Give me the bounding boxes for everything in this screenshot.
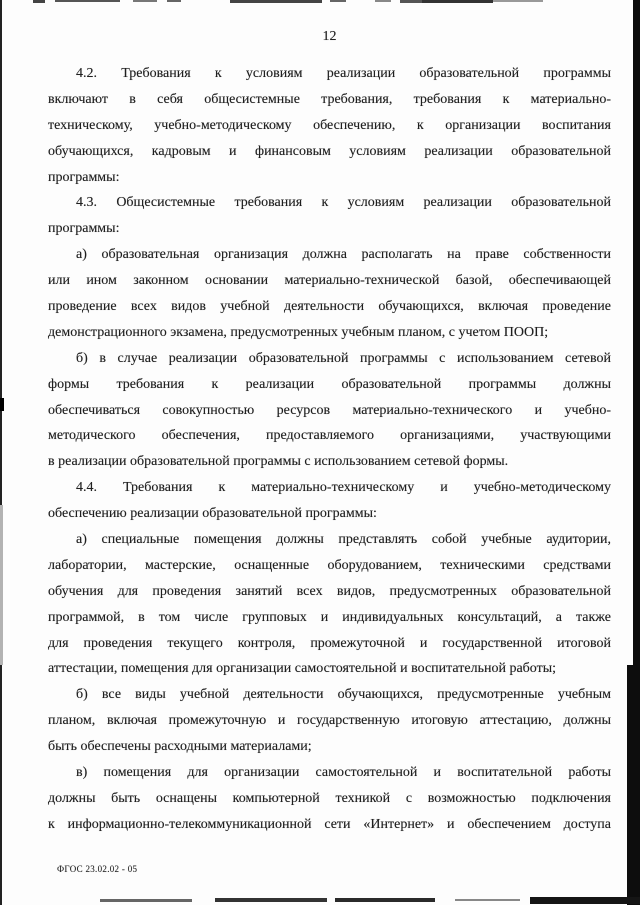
- scan-artifact-left-blob: [0, 398, 4, 411]
- scan-artifact-top-edge: [493, 0, 543, 2]
- text-line: планом, включая промежуточную и государс…: [48, 708, 611, 734]
- text-line: быть обеспечены расходными материалами;: [48, 734, 611, 760]
- scan-artifact-top-edge: [33, 0, 45, 3]
- text-line: в реализации образовательной программы с…: [48, 449, 611, 475]
- scan-artifact-bottom-edge: [455, 899, 520, 901]
- text-line: б) все виды учебной деятельности обучающ…: [48, 682, 611, 708]
- scan-artifact-left-gray: [0, 505, 3, 665]
- scan-artifact-top-edge: [330, 0, 346, 2]
- scan-artifact-bottom-edge: [530, 897, 640, 904]
- scan-artifact-right-wedge: [627, 665, 640, 905]
- text-line: аттестации, помещения для организации са…: [48, 656, 611, 682]
- text-line: к информационно-телекоммуникационной сет…: [48, 812, 611, 838]
- text-line: 4.3. Общесистемные требования к условиям…: [48, 190, 611, 216]
- text-line: лаборатории, мастерские, оснащенные обор…: [48, 553, 611, 579]
- footer-standard-code: ФГОС 23.02.02 - 05: [57, 864, 137, 874]
- scan-artifact-bottom-edge: [335, 898, 435, 902]
- text-line: программой, в том числе групповых и инди…: [48, 605, 611, 631]
- text-line: для проведения текущего контроля, промеж…: [48, 631, 611, 657]
- text-line: должны быть оснащены компьютерной техник…: [48, 786, 611, 812]
- text-line: программы:: [48, 165, 611, 191]
- text-line: 4.4. Требования к материально-техническо…: [48, 475, 611, 501]
- text-line: проведение всех видов учебной деятельнос…: [48, 294, 611, 320]
- text-line: а) образовательная организация должна ра…: [48, 242, 611, 268]
- scan-artifact-top-edge: [400, 0, 422, 3]
- text-line: программы:: [48, 216, 611, 242]
- text-line: формы требования к реализации образовате…: [48, 372, 611, 398]
- scan-artifact-top-edge: [422, 0, 493, 3]
- scan-artifact-top-edge: [55, 0, 120, 2]
- text-line: демонстрационного экзамена, предусмотрен…: [48, 320, 611, 346]
- text-line: а) специальные помещения должны представ…: [48, 527, 611, 553]
- text-line: обеспечиваться совокупностью ресурсов ма…: [48, 398, 611, 424]
- scanned-document-page: 12 4.2. Требования к условиям реализации…: [0, 0, 640, 905]
- document-body: 4.2. Требования к условиям реализации об…: [48, 61, 611, 838]
- text-line: 4.2. Требования к условиям реализации об…: [48, 61, 611, 87]
- text-line: обучения для проведения занятий всех вид…: [48, 579, 611, 605]
- scan-artifact-bottom-edge: [215, 898, 327, 902]
- scan-artifact-left-edge: [0, 0, 2, 905]
- scan-artifact-top-edge: [375, 0, 391, 2]
- text-line: включают в себя общесистемные требования…: [48, 87, 611, 113]
- scan-artifact-top-edge: [230, 0, 322, 3]
- text-line: методического обеспечения, предоставляем…: [48, 423, 611, 449]
- scan-artifact-top-edge: [167, 0, 181, 2]
- text-line: обучающихся, кадровым и финансовым услов…: [48, 139, 611, 165]
- text-line: или ином законном основании материально-…: [48, 268, 611, 294]
- text-line: в) помещения для организации самостоятел…: [48, 760, 611, 786]
- page-number: 12: [48, 29, 611, 45]
- scan-artifact-bottom-edge: [100, 899, 192, 902]
- scan-artifact-top-edge: [133, 0, 157, 2]
- text-line: техническому, учебно-методическому обесп…: [48, 113, 611, 139]
- text-line: б) в случае реализации образовательной п…: [48, 346, 611, 372]
- text-line: обеспечению реализации образовательной п…: [48, 501, 611, 527]
